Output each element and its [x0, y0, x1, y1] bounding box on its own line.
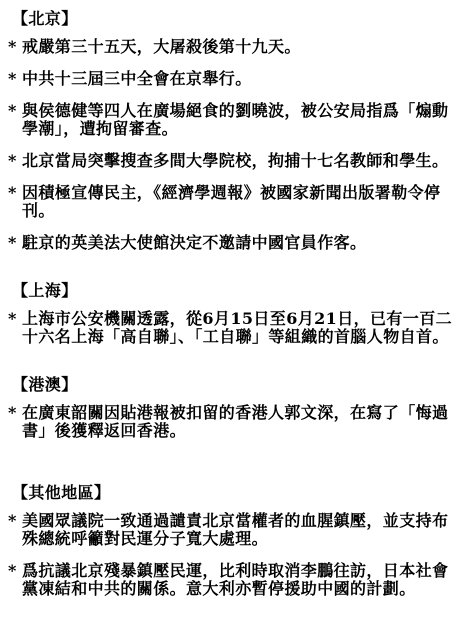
news-item-text: 上海市公安機關透露，從6月15日至6月21日，已有一百二十六名上海「高自聯」、「… [22, 309, 452, 346]
bullet-asterisk: * [8, 70, 17, 88]
news-item: * 與侯德健等四人在廣場絕食的劉曉波，被公安局指爲「煽動學潮」，遭拘留審查。 [8, 102, 463, 138]
news-item: * 駐京的英美法大使館決定不邀請中國官員作客。 [8, 234, 463, 252]
news-item-text: 中共十三屆三中全會在京舉行。 [22, 69, 252, 88]
bullet-asterisk: * [8, 310, 17, 328]
news-item-text: 美國眾議院一致通過譴責北京當權者的血腥鎮壓，並支持布殊總統呼籲對民運分子寬大處理… [22, 511, 448, 548]
news-item: * 爲抗議北京殘暴鎮壓民運，比利時取消李鵬往訪，日本社會黨凍結和中共的關係。意大… [8, 562, 463, 598]
news-item: * 中共十三屆三中全會在京舉行。 [8, 70, 463, 88]
news-item: * 美國眾議院一致通過譴責北京當權者的血腥鎮壓，並支持布殊總統呼籲對民運分子寬大… [8, 512, 463, 548]
bullet-asterisk: * [8, 102, 17, 120]
section-title-shanghai: 【上海】 [12, 282, 463, 300]
section-title-hongkong-macau: 【港澳】 [12, 376, 463, 394]
news-item-text: 戒嚴第三十五天，大屠殺後第十九天。 [22, 37, 301, 56]
section-shanghai: 【上海】 * 上海市公安機關透露，從6月15日至6月21日，已有一百二十六名上海… [8, 282, 463, 346]
news-item: * 戒嚴第三十五天，大屠殺後第十九天。 [8, 38, 463, 56]
news-item-text: 駐京的英美法大使館決定不邀請中國官員作客。 [22, 233, 366, 252]
section-hongkong-macau: 【港澳】 * 在廣東韶關因貼港報被扣留的香港人郭文深，在寫了「悔過書」後獲釋返回… [8, 376, 463, 440]
bullet-asterisk: * [8, 234, 17, 252]
section-title-beijing: 【北京】 [12, 10, 463, 28]
news-item: * 因積極宣傳民主，《經濟學週報》被國家新聞出版署勒令停刊。 [8, 184, 463, 220]
news-item: * 上海市公安機關透露，從6月15日至6月21日，已有一百二十六名上海「高自聯」… [8, 310, 463, 346]
news-digest-document: 【北京】 * 戒嚴第三十五天，大屠殺後第十九天。 * 中共十三屆三中全會在京舉行… [0, 0, 465, 598]
news-item-text: 北京當局突擊搜查多間大學院校，拘捕十七名教師和學生。 [22, 151, 448, 170]
news-item-text: 與侯德健等四人在廣場絕食的劉曉波，被公安局指爲「煽動學潮」，遭拘留審查。 [22, 101, 448, 138]
bullet-asterisk: * [8, 562, 17, 580]
news-item: * 在廣東韶關因貼港報被扣留的香港人郭文深，在寫了「悔過書」後獲釋返回香港。 [8, 404, 463, 440]
news-item-text: 在廣東韶關因貼港報被扣留的香港人郭文深，在寫了「悔過書」後獲釋返回香港。 [22, 403, 448, 440]
section-other-regions: 【其他地區】 * 美國眾議院一致通過譴責北京當權者的血腥鎮壓，並支持布殊總統呼籲… [8, 484, 463, 598]
news-item-text: 爲抗議北京殘暴鎮壓民運，比利時取消李鵬往訪，日本社會黨凍結和中共的關係。意大利亦… [22, 561, 448, 598]
bullet-asterisk: * [8, 152, 17, 170]
bullet-asterisk: * [8, 404, 17, 422]
section-title-other-regions: 【其他地區】 [12, 484, 463, 502]
bullet-asterisk: * [8, 512, 17, 530]
bullet-asterisk: * [8, 38, 17, 56]
bullet-asterisk: * [8, 184, 17, 202]
news-item: * 北京當局突擊搜查多間大學院校，拘捕十七名教師和學生。 [8, 152, 463, 170]
section-beijing: 【北京】 * 戒嚴第三十五天，大屠殺後第十九天。 * 中共十三屆三中全會在京舉行… [8, 10, 463, 252]
news-item-text: 因積極宣傳民主，《經濟學週報》被國家新聞出版署勒令停刊。 [22, 183, 440, 220]
